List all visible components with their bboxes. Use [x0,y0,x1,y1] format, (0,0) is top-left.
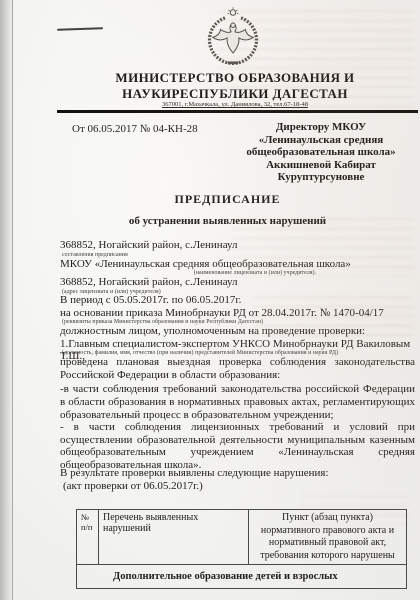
col-violations-header: Перечень выявленных нарушений [99,510,249,565]
ministry-name-line1: МИНИСТЕРСТВО ОБРАЗОВАНИЯ И [50,71,420,85]
section-row-label: Дополнительное образование детей и взрос… [77,565,407,589]
paragraph-compliance-1: -в части соблюдения требований законодат… [60,383,415,422]
recipient-line: общеобразовательная школа» [228,146,414,159]
scanned-document: МИНИСТЕРСТВО ОБРАЗОВАНИЯ И НАУКИРЕСПУБЛИ… [0,0,420,600]
document-subtitle: об устранении выявленных нарушений [50,215,405,227]
recipient-block: Директору МКОУ «Ленинаульская средняя об… [228,121,414,184]
paragraph-compliance-2: - в части соблюдения лицензионных требов… [60,421,415,471]
licensee-address: 368852, Ногайский район, с.Ленинаул [60,276,415,289]
result-line: В результате проверки выявлены следующие… [60,467,415,480]
ministry-address: 367001, г.Махачкала, ул. Даниялова, 32, … [50,101,420,108]
inspection-period: В период с 05.05.2017г. по 06.05.2017г. [60,294,415,307]
paragraph-inspection: проведена плановая выездная проверка соб… [60,356,415,382]
table-header-row: № п/п Перечень выявленных нарушений Пунк… [77,510,407,565]
issue-place: 368852, Ногайский район, с.Ленинаул [60,239,415,252]
recipient-line: Аккишневой Кабират [228,159,414,172]
order-basis: на основании приказа Минобрнауки РД от 2… [60,307,415,320]
document-title: ПРЕДПИСАНИЕ [50,192,405,207]
letterhead-rule [57,110,418,113]
col-legal-act-header: Пункт (абзац пункта) нормативного правов… [249,510,407,565]
official-intro: должностным лицом, уполномоченным на про… [60,325,415,338]
pen-mark [57,27,103,31]
licensee-name: МКОУ «Ленинаульская средняя общеобразова… [60,258,415,271]
act-line: (акт проверки от 06.05.2017г.) [63,480,415,493]
col-number-header-line1: № [81,512,94,522]
ministry-name-line2: НАУКИРЕСПУБЛИКИ ДАГЕСТАН [50,87,420,101]
table-section-row: Дополнительное образование детей и взрос… [77,565,407,589]
recipient-line: «Ленинаульская средняя [228,134,414,147]
scanner-edge [0,0,13,600]
col-number-header: № п/п [77,510,99,565]
violations-table: № п/п Перечень выявленных нарушений Пунк… [76,509,407,589]
col-number-header-line2: п/п [81,522,94,532]
recipient-line: Директору МКОУ [228,121,414,134]
reference-number: От 06.05.2017 № 04-КН-28 [72,123,198,135]
dagestan-emblem-icon [199,6,267,66]
recipient-line: Куруптурсуновне [228,171,414,184]
